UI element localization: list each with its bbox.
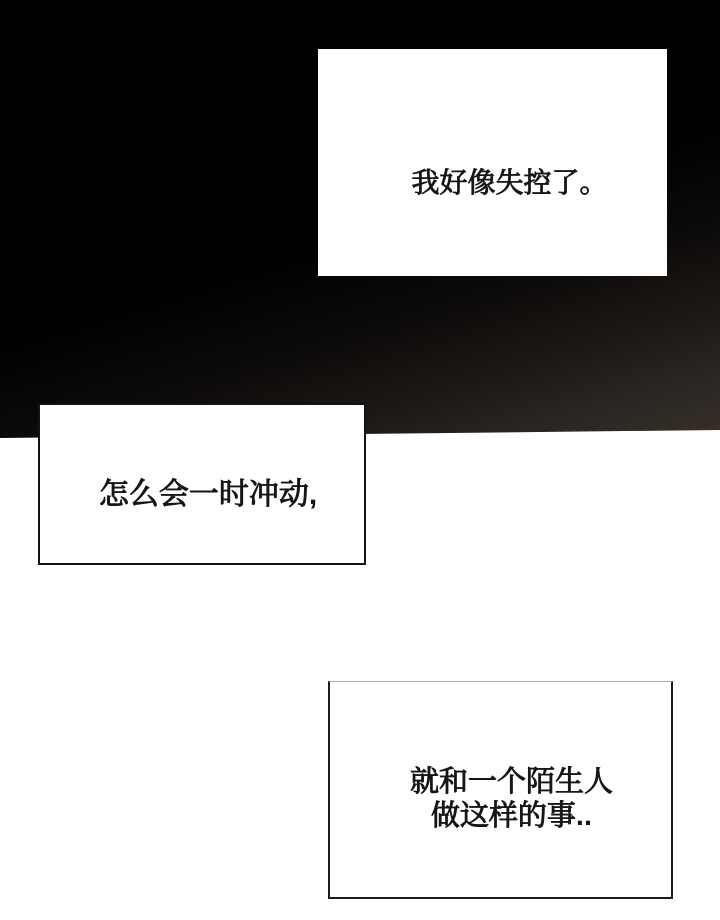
caption-text-top: 我好像失控了。 [411,161,607,201]
caption-text-bottom-line-1: 就和一个陌生人 [410,766,613,800]
caption-box-top: 我好像失控了。 [318,49,667,276]
comic-page: 我好像失控了。 怎么会一时冲动, 就和一个陌生人 做这样的事.. [0,0,720,920]
caption-text-middle: 怎么会一时冲动, [99,469,317,513]
caption-text-bottom-line-2: 做这样的事.. [410,800,613,834]
caption-box-bottom: 就和一个陌生人 做这样的事.. [328,681,673,899]
caption-box-middle: 怎么会一时冲动, [38,403,366,565]
caption-text-bottom: 就和一个陌生人 做这样的事.. [410,766,613,833]
